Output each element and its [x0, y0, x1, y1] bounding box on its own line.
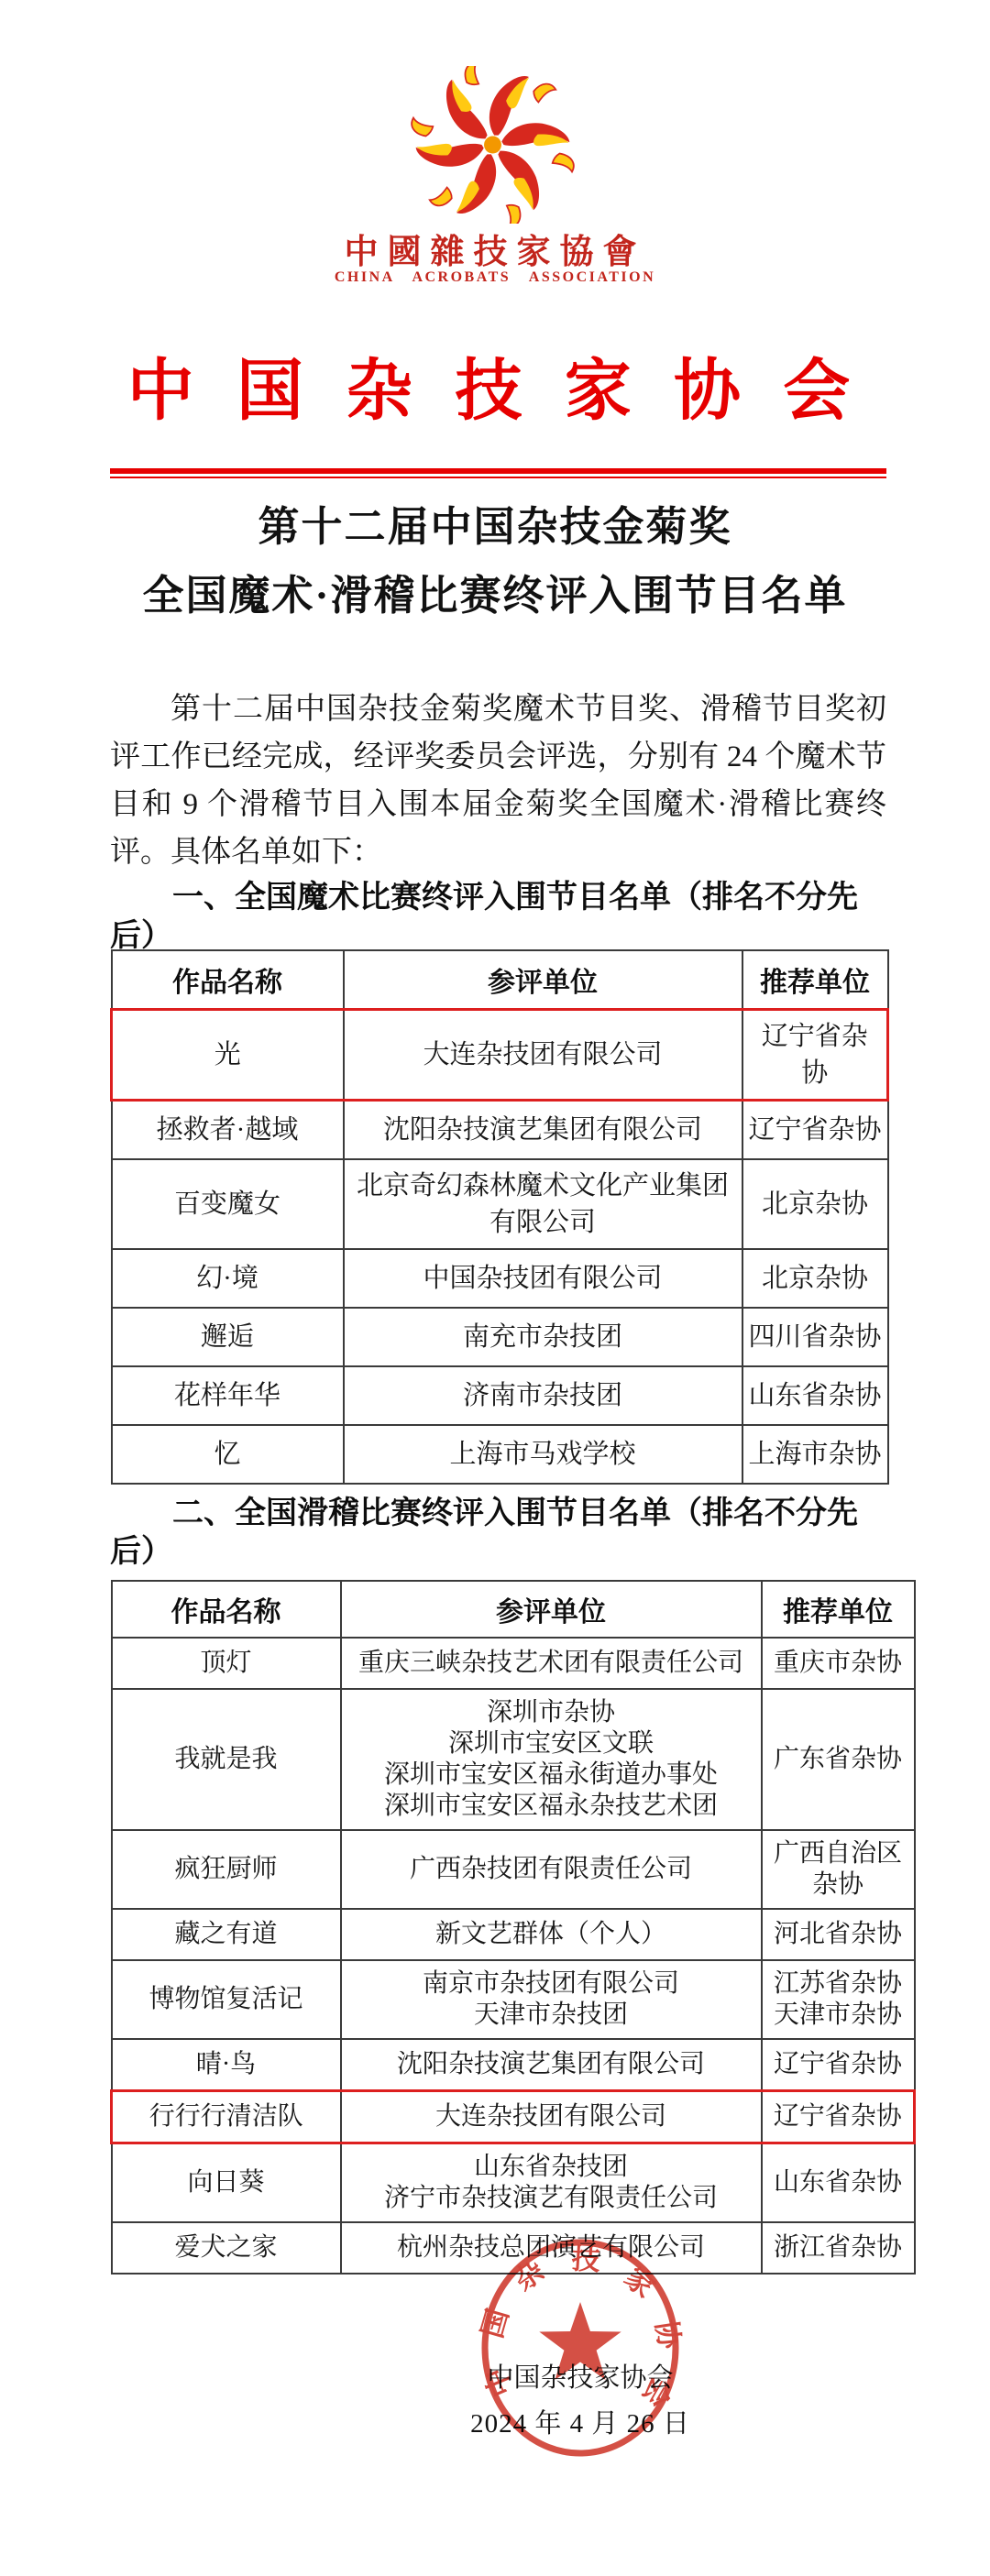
recommending-unit-cell: 重庆市杂协 [762, 1638, 915, 1689]
column-header: 作品名称 [112, 950, 344, 1010]
program-name-cell: 疯狂厨师 [112, 1830, 341, 1909]
participating-unit-cell: 沈阳杂技演艺集团有限公司 [341, 2039, 762, 2091]
program-name-cell: 晴·鸟 [112, 2039, 341, 2091]
table-row: 邂逅南充市杂技团四川省杂协 [112, 1308, 888, 1366]
table-row-highlighted: 光大连杂技团有限公司辽宁省杂协 [112, 1010, 888, 1101]
letterhead-title: 中 国 杂 技 家 协 会 [0, 350, 990, 433]
participating-unit-cell: 山东省杂技团济宁市杂技演艺有限责任公司 [341, 2143, 762, 2223]
column-header: 推荐单位 [762, 1581, 915, 1638]
table-row: 博物馆复活记南京市杂技团有限公司天津市杂技团江苏省杂协天津市杂协 [112, 1960, 915, 2039]
org-english-name: CHINA ACROBATS ASSOCIATION [0, 269, 990, 286]
table-row: 我就是我深圳市杂协深圳市宝安区文联深圳市宝安区福永街道办事处深圳市宝安区福永杂技… [112, 1689, 915, 1830]
participating-unit-cell: 中国杂技团有限公司 [344, 1249, 742, 1308]
column-header: 推荐单位 [742, 950, 888, 1010]
section-2-heading: 二、全国滑稽比赛终评入围节目名单（排名不分先后） [110, 1494, 886, 1571]
program-name-cell: 顶灯 [112, 1638, 341, 1689]
participating-unit-cell: 大连杂技团有限公司 [344, 1010, 742, 1101]
recommending-unit-cell: 四川省杂协 [742, 1308, 888, 1366]
doc-title-line1: 第十二届中国杂技金菊奖 [0, 502, 990, 552]
table-row: 晴·鸟沈阳杂技演艺集团有限公司辽宁省杂协 [112, 2039, 915, 2091]
program-name-cell: 邂逅 [112, 1308, 344, 1366]
participating-unit-cell: 南京市杂技团有限公司天津市杂技团 [341, 1960, 762, 2039]
participating-unit-cell: 广西杂技团有限责任公司 [341, 1830, 762, 1909]
program-name-cell: 百变魔女 [112, 1159, 344, 1249]
recommending-unit-cell: 辽宁省杂协 [742, 1010, 888, 1101]
table-header-row: 作品名称参评单位推荐单位 [112, 1581, 915, 1638]
participating-unit-cell: 重庆三峡杂技艺术团有限责任公司 [341, 1638, 762, 1689]
program-name-cell: 藏之有道 [112, 1909, 341, 1960]
doc-title-line2: 全国魔术·滑稽比赛终评入围节目名单 [0, 571, 990, 620]
participating-unit-cell: 上海市马戏学校 [344, 1425, 742, 1484]
table-row-highlighted: 行行行清洁队大连杂技团有限公司辽宁省杂协 [112, 2091, 915, 2143]
participating-unit-cell: 深圳市杂协深圳市宝安区文联深圳市宝安区福永街道办事处深圳市宝安区福永杂技艺术团 [341, 1689, 762, 1830]
program-name-cell: 向日葵 [112, 2143, 341, 2223]
table-row: 藏之有道新文艺群体（个人）河北省杂协 [112, 1909, 915, 1960]
letterhead-divider-rule [110, 468, 886, 478]
program-name-cell: 幻·境 [112, 1249, 344, 1308]
program-name-cell: 花样年华 [112, 1366, 344, 1425]
recommending-unit-cell: 辽宁省杂协 [742, 1101, 888, 1160]
participating-unit-cell: 沈阳杂技演艺集团有限公司 [344, 1101, 742, 1160]
table-row: 向日葵山东省杂技团济宁市杂技演艺有限责任公司山东省杂协 [112, 2143, 915, 2223]
participating-unit-cell: 南充市杂技团 [344, 1308, 742, 1366]
sunburst-logo-icon [403, 66, 582, 224]
program-name-cell: 忆 [112, 1425, 344, 1484]
table-row: 顶灯重庆三峡杂技艺术团有限责任公司重庆市杂协 [112, 1638, 915, 1689]
participating-unit-cell: 大连杂技团有限公司 [341, 2091, 762, 2143]
seal-star-icon [539, 2302, 621, 2380]
participating-unit-cell: 新文艺群体（个人） [341, 1909, 762, 1960]
table-row: 百变魔女北京奇幻森林魔术文化产业集团有限公司北京杂协 [112, 1159, 888, 1249]
recommending-unit-cell: 北京杂协 [742, 1159, 888, 1249]
program-name-cell: 博物馆复活记 [112, 1960, 341, 2039]
program-name-cell: 光 [112, 1010, 344, 1101]
recommending-unit-cell: 辽宁省杂协 [762, 2039, 915, 2091]
magic-finalists-table: 作品名称参评单位推荐单位 光大连杂技团有限公司辽宁省杂协拯救者·越域沈阳杂技演艺… [110, 949, 889, 1485]
recommending-unit-cell: 山东省杂协 [742, 1366, 888, 1425]
comedy-finalists-table: 作品名称参评单位推荐单位 顶灯重庆三峡杂技艺术团有限责任公司重庆市杂协我就是我深… [110, 1580, 916, 2275]
participating-unit-cell: 济南市杂技团 [344, 1366, 742, 1425]
recommending-unit-cell: 山东省杂协 [762, 2143, 915, 2223]
table-row: 幻·境中国杂技团有限公司北京杂协 [112, 1249, 888, 1308]
program-name-cell: 行行行清洁队 [112, 2091, 341, 2143]
intro-paragraph: 第十二届中国杂技金菊奖魔术节目奖、滑稽节目奖初评工作已经完成，经评奖委员会评选，… [110, 685, 886, 876]
column-header: 参评单位 [341, 1581, 762, 1638]
program-name-cell: 我就是我 [112, 1689, 341, 1830]
recommending-unit-cell: 北京杂协 [742, 1249, 888, 1308]
table-row: 疯狂厨师广西杂技团有限责任公司广西自治区杂协 [112, 1830, 915, 1909]
table-row: 忆上海市马戏学校上海市杂协 [112, 1425, 888, 1484]
program-name-cell: 拯救者·越域 [112, 1101, 344, 1160]
recommending-unit-cell: 广东省杂协 [762, 1689, 915, 1830]
official-seal-icon: 中国杂技家协会 [472, 2234, 688, 2461]
column-header: 作品名称 [112, 1581, 341, 1638]
recommending-unit-cell: 辽宁省杂协 [762, 2091, 915, 2143]
participating-unit-cell: 北京奇幻森林魔术文化产业集团有限公司 [344, 1159, 742, 1249]
org-calligraphy-name: 中國雜技家協會 [0, 224, 990, 273]
recommending-unit-cell: 广西自治区杂协 [762, 1830, 915, 1909]
recommending-unit-cell: 河北省杂协 [762, 1909, 915, 1960]
program-name-cell: 爱犬之家 [112, 2222, 341, 2274]
recommending-unit-cell: 浙江省杂协 [762, 2222, 915, 2274]
recommending-unit-cell: 江苏省杂协天津市杂协 [762, 1960, 915, 2039]
column-header: 参评单位 [344, 950, 742, 1010]
document-page: 中國雜技家協會 CHINA ACROBATS ASSOCIATION 中 国 杂… [0, 0, 990, 2576]
table-header-row: 作品名称参评单位推荐单位 [112, 950, 888, 1010]
section-1-heading: 一、全国魔术比赛终评入围节目名单（排名不分先后） [110, 878, 886, 955]
table-row: 花样年华济南市杂技团山东省杂协 [112, 1366, 888, 1425]
recommending-unit-cell: 上海市杂协 [742, 1425, 888, 1484]
table-row: 拯救者·越域沈阳杂技演艺集团有限公司辽宁省杂协 [112, 1101, 888, 1160]
